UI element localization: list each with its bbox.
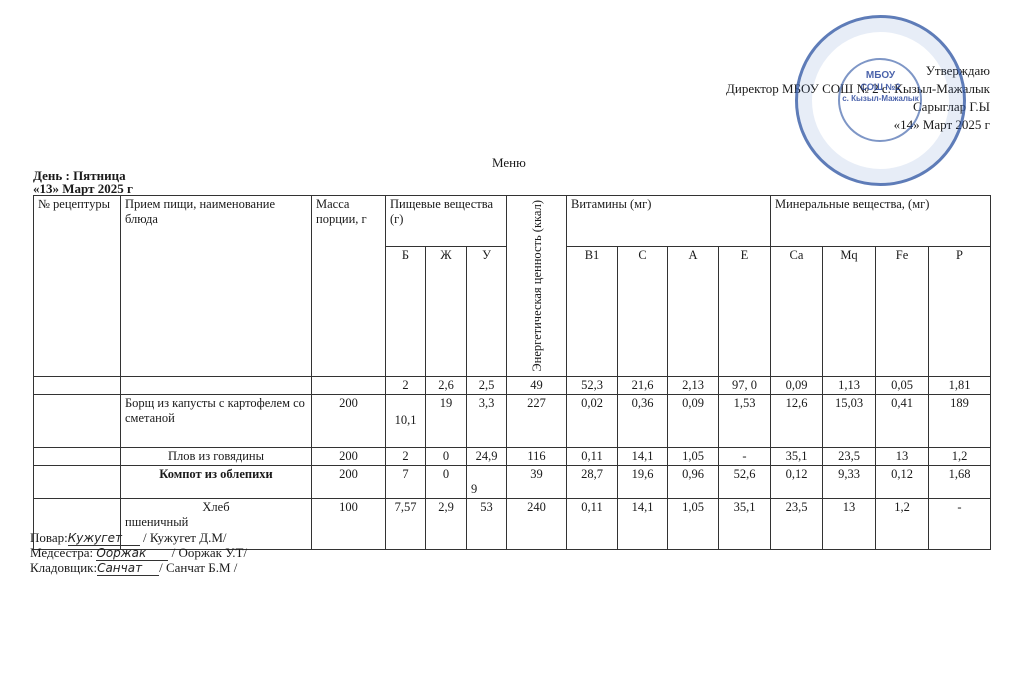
signature-name: / Ооржак У.Т/ — [172, 545, 247, 560]
cell-min-fe: 0,05 — [876, 376, 929, 394]
cell-vit-b1: 0,02 — [567, 394, 618, 447]
cell-vit-c: 21,6 — [618, 376, 668, 394]
table-row: Плов из говядины 200 2 0 24,9 116 0,11 1… — [34, 447, 991, 465]
cell-min-p: 1,81 — [929, 376, 991, 394]
cell-min-fe: 13 — [876, 447, 929, 465]
cell-energy: 227 — [507, 394, 567, 447]
cell-vit-b1: 0,11 — [567, 498, 618, 549]
cell-protein: 10,1 — [386, 394, 426, 447]
cell-vit-a: 0,09 — [668, 394, 719, 447]
stamp-text-bottom: с. Кызыл-Мажалык — [798, 94, 963, 103]
header-vit-b1: B1 — [567, 247, 618, 377]
cell-energy: 39 — [507, 465, 567, 498]
cell-vit-a: 1,05 — [668, 447, 719, 465]
cell-protein: 2 — [386, 376, 426, 394]
stamp-text-mid: СОШ №2 — [798, 82, 963, 92]
table-row: Борщ из капусты с картофелем со сметаной… — [34, 394, 991, 447]
table-row: 2 2,6 2,5 49 52,3 21,6 2,13 97, 0 0,09 1… — [34, 376, 991, 394]
cell-carbs: 53 — [467, 498, 507, 549]
header-vit-a: A — [668, 247, 719, 377]
header-min-p: P — [929, 247, 991, 377]
cell-min-fe: 0,12 — [876, 465, 929, 498]
cell-vit-b1: 28,7 — [567, 465, 618, 498]
cell-recipe-no — [34, 376, 121, 394]
cell-protein-value: 10,1 — [395, 413, 417, 427]
cell-vit-b1: 0,11 — [567, 447, 618, 465]
cell-mass: 200 — [312, 447, 386, 465]
header-carbs: У — [467, 247, 507, 377]
cell-vit-e: - — [719, 447, 771, 465]
signature-nurse: Медсестра: Ооржак / Ооржак У.Т/ — [30, 546, 247, 561]
handwritten-signature: Кужугет — [68, 531, 140, 546]
cell-fat: 0 — [426, 447, 467, 465]
document-title: Меню — [492, 155, 526, 171]
cell-vit-b1: 52,3 — [567, 376, 618, 394]
header-nutrients: Пищевые вещества (г) — [386, 196, 507, 247]
cell-vit-e: 52,6 — [719, 465, 771, 498]
header-vit-e: E — [719, 247, 771, 377]
cell-mass: 200 — [312, 465, 386, 498]
cell-protein: 7 — [386, 465, 426, 498]
cell-carbs: 9 — [467, 465, 507, 498]
cell-name: Плов из говядины — [121, 447, 312, 465]
menu-table: № рецептуры Прием пищи, наименование блю… — [33, 195, 991, 550]
cell-min-fe: 1,2 — [876, 498, 929, 549]
signature-role: Кладовщик: — [30, 560, 97, 575]
cell-vit-e: 35,1 — [719, 498, 771, 549]
cell-vit-a: 0,96 — [668, 465, 719, 498]
header-min-mq: Mq — [823, 247, 876, 377]
header-protein: Б — [386, 247, 426, 377]
header-min-fe: Fe — [876, 247, 929, 377]
cell-carbs: 24,9 — [467, 447, 507, 465]
signature-name: / Кужугет Д.М/ — [143, 530, 227, 545]
cell-min-p: 1,68 — [929, 465, 991, 498]
cell-min-ca: 0,12 — [771, 465, 823, 498]
header-fat: Ж — [426, 247, 467, 377]
cell-min-mq: 23,5 — [823, 447, 876, 465]
header-vitamins: Витамины (мг) — [567, 196, 771, 247]
cell-min-fe: 0,41 — [876, 394, 929, 447]
signature-role: Медсестра: — [30, 545, 93, 560]
cell-min-ca: 0,09 — [771, 376, 823, 394]
cell-min-ca: 12,6 — [771, 394, 823, 447]
signature-name: / Санчат Б.М / — [159, 560, 237, 575]
cell-energy: 240 — [507, 498, 567, 549]
signature-storekeeper: Кладовщик:Санчат/ Санчат Б.М / — [30, 561, 237, 576]
cell-recipe-no — [34, 447, 121, 465]
cell-vit-c: 19,6 — [618, 465, 668, 498]
cell-carbs: 3,3 — [467, 394, 507, 447]
table-row: Компот из облепихи 200 7 0 9 39 28,7 19,… — [34, 465, 991, 498]
header-min-ca: Ca — [771, 247, 823, 377]
cell-min-mq: 9,33 — [823, 465, 876, 498]
cell-protein: 2 — [386, 447, 426, 465]
cell-vit-a: 1,05 — [668, 498, 719, 549]
cell-mass: 100 — [312, 498, 386, 549]
cell-name — [121, 376, 312, 394]
cell-fat: 2,9 — [426, 498, 467, 549]
cell-name: Компот из облепихи — [121, 465, 312, 498]
header-meal-name: Прием пищи, наименование блюда — [121, 196, 312, 377]
cell-vit-c: 14,1 — [618, 447, 668, 465]
cell-min-mq: 13 — [823, 498, 876, 549]
handwritten-signature: Санчат — [97, 561, 159, 576]
cell-energy: 116 — [507, 447, 567, 465]
signature-cook: Повар:Кужугет / Кужугет Д.М/ — [30, 531, 227, 546]
official-stamp: МБОУ СОШ №2 с. Кызыл-Мажалык — [795, 15, 966, 186]
cell-name-line1: Хлеб — [125, 500, 307, 515]
cell-min-mq: 15,03 — [823, 394, 876, 447]
cell-protein: 7,57 — [386, 498, 426, 549]
cell-name: Борщ из капусты с картофелем со сметаной — [121, 394, 312, 447]
cell-vit-e: 97, 0 — [719, 376, 771, 394]
cell-fat: 2,6 — [426, 376, 467, 394]
cell-name-line2: пшеничный — [125, 515, 307, 530]
cell-mass: 200 — [312, 394, 386, 447]
cell-mass — [312, 376, 386, 394]
header-vit-c: C — [618, 247, 668, 377]
handwritten-signature: Ооржак — [96, 546, 168, 561]
stamp-text-top: МБОУ — [798, 70, 963, 81]
cell-vit-c: 0,36 — [618, 394, 668, 447]
header-energy: Энергетическая ценность (ккал) — [507, 196, 567, 377]
cell-min-mq: 1,13 — [823, 376, 876, 394]
header-mass: Масса порции, г — [312, 196, 386, 377]
cell-energy: 49 — [507, 376, 567, 394]
cell-vit-e: 1,53 — [719, 394, 771, 447]
cell-min-ca: 35,1 — [771, 447, 823, 465]
signature-role: Повар: — [30, 530, 68, 545]
cell-min-p: - — [929, 498, 991, 549]
cell-fat: 0 — [426, 465, 467, 498]
cell-recipe-no — [34, 465, 121, 498]
cell-carbs: 2,5 — [467, 376, 507, 394]
cell-vit-a: 2,13 — [668, 376, 719, 394]
cell-min-ca: 23,5 — [771, 498, 823, 549]
cell-carbs-value: 9 — [471, 482, 477, 496]
cell-recipe-no — [34, 394, 121, 447]
header-minerals: Минеральные вещества, (мг) — [771, 196, 991, 247]
cell-min-p: 189 — [929, 394, 991, 447]
header-row-1: № рецептуры Прием пищи, наименование блю… — [34, 196, 991, 247]
cell-min-p: 1,2 — [929, 447, 991, 465]
cell-fat: 19 — [426, 394, 467, 447]
cell-vit-c: 14,1 — [618, 498, 668, 549]
header-recipe-no: № рецептуры — [34, 196, 121, 377]
